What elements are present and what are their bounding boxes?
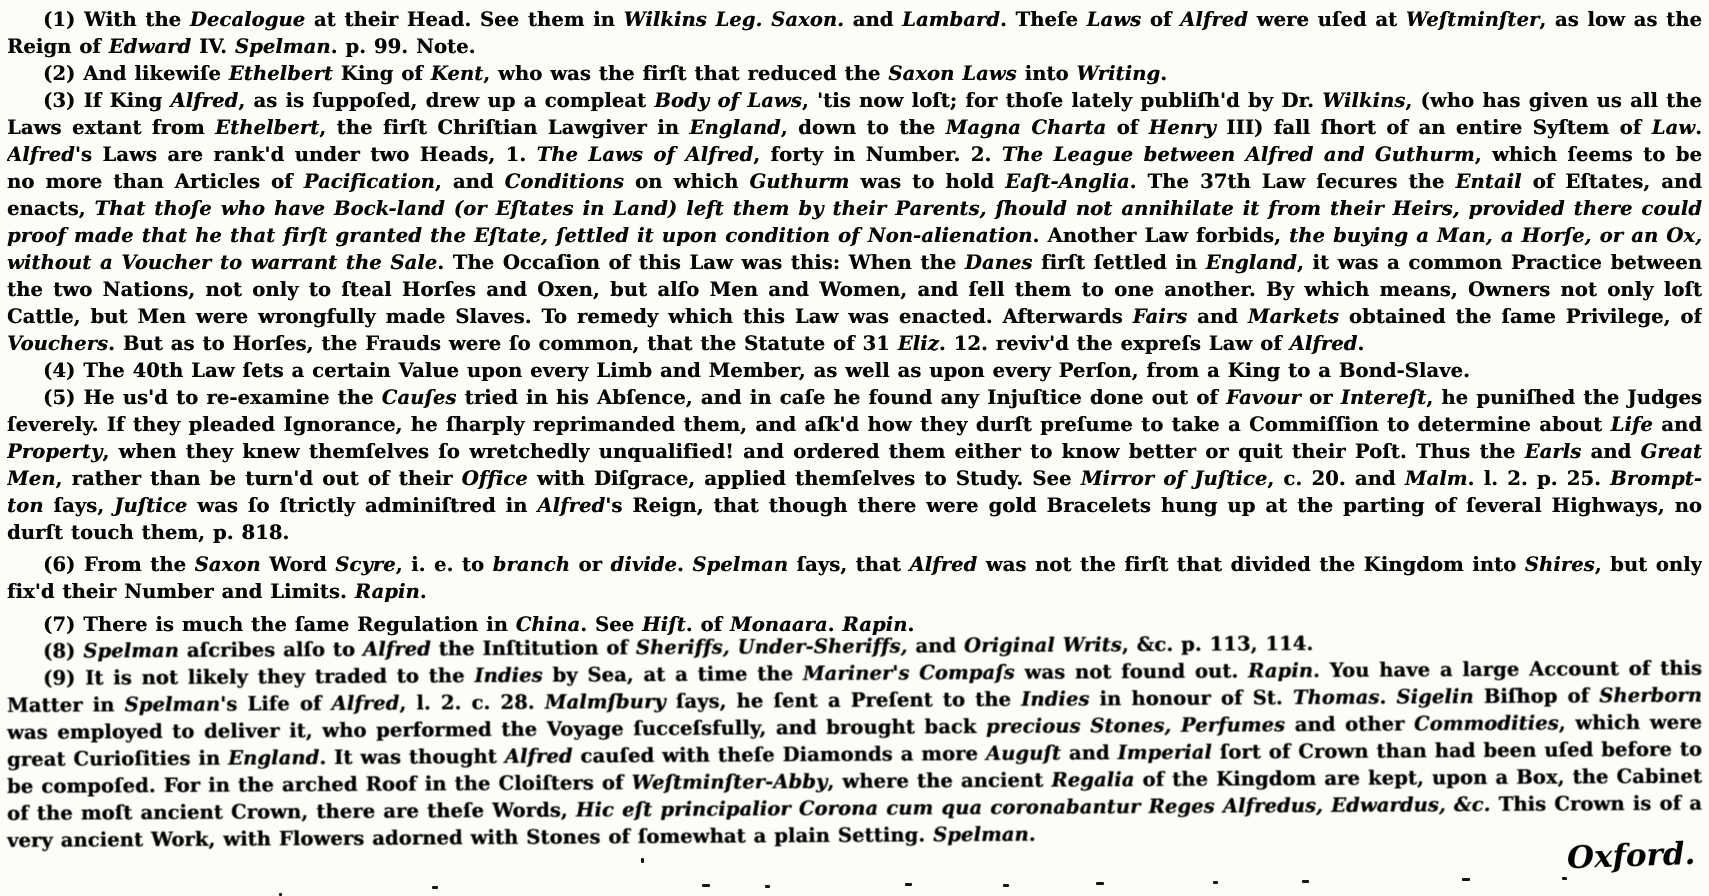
italic-text-segment: Saxon: [195, 553, 261, 576]
text-segment: .: [1379, 686, 1396, 709]
italic-text-segment: Alfred: [1290, 332, 1358, 355]
scan-speck: [1302, 880, 1309, 883]
text-line: Men, rather than be turn'd out of their …: [7, 465, 1702, 492]
text-segment: , 'tis now loſt; for thoſe lately publiſ…: [802, 89, 1322, 112]
text-segment: very ancient Work, with Flowers adorned …: [7, 823, 933, 852]
italic-text-segment: Mirror of Juſtice: [1081, 467, 1268, 490]
text-line: (3) If King Alfred, as is ſuppoſed, drew…: [7, 87, 1702, 114]
text-segment: IV.: [191, 35, 235, 58]
italic-text-segment: Fairs: [1133, 305, 1188, 328]
text-segment: III) fall ſhort of an entire Syſtem of: [1216, 116, 1652, 139]
text-segment: .: [677, 553, 692, 576]
text-segment: and: [844, 8, 902, 31]
italic-text-segment: Mariner's Compaſs: [803, 661, 1015, 685]
scan-speck: [1462, 878, 1470, 881]
text-segment: was employed to deliver it, who performe…: [7, 715, 986, 744]
text-segment: , it was a common Practice between: [1297, 251, 1702, 274]
italic-text-segment: proof made that he that firſt granted th…: [7, 224, 1032, 247]
text-segment: no more than Articles of: [7, 170, 304, 193]
italic-text-segment: Thomas: [1293, 686, 1380, 710]
text-segment: the two Nations, not only to ſteal Horſe…: [7, 278, 1702, 301]
text-segment: 's Laws are rank'd under two Heads, 1.: [75, 143, 537, 166]
text-line: no more than Articles of Pacification, a…: [7, 168, 1702, 195]
italic-text-segment: Earls: [1525, 440, 1582, 463]
text-segment: 's Life of: [220, 692, 331, 716]
italic-text-segment: England: [690, 116, 781, 139]
text-line: (4) The 40th Law ſets a certain Value up…: [7, 357, 1702, 384]
italic-text-segment: ton: [7, 494, 44, 517]
text-segment: , where the ancient: [827, 769, 1051, 793]
italic-text-segment: Sherborn: [1599, 684, 1702, 708]
text-segment: .: [1357, 332, 1364, 355]
italic-text-segment: Eliz: [898, 332, 939, 355]
scan-speck: [432, 886, 438, 889]
text-segment: , forty in Number. 2.: [753, 143, 1002, 166]
scan-speck: [765, 885, 770, 888]
text-segment: (9) It is not likely they traded to the: [43, 664, 474, 690]
italic-text-segment: Wilkins: [1322, 89, 1405, 112]
text-segment: , as is ſuppoſed, drew up a compleat: [238, 89, 654, 112]
italic-text-segment: Alfred: [331, 692, 399, 715]
text-segment: or: [1301, 386, 1341, 409]
italic-text-segment: China: [516, 613, 580, 636]
text-segment: . p. 99. Note.: [331, 35, 476, 58]
text-segment: in honour of St.: [1089, 686, 1293, 710]
text-segment: ſays, he ſent a Preſent to the: [666, 688, 1022, 713]
italic-text-segment: Alfred: [505, 745, 573, 768]
italic-text-segment: divide: [610, 553, 676, 576]
text-segment: cauſed with theſe Diamonds a more: [572, 742, 985, 768]
text-segment: the Inſtitution of: [431, 636, 636, 660]
italic-text-segment: Law: [1652, 116, 1695, 139]
italic-text-segment: Spelman: [933, 823, 1029, 847]
italic-text-segment: Indies: [1021, 687, 1089, 710]
italic-text-segment: England: [228, 746, 319, 770]
text-segment: (5) He us'd to re-examine the: [43, 386, 382, 409]
text-segment: enacts,: [7, 197, 95, 220]
italic-text-segment: Alfred: [7, 143, 75, 166]
italic-text-segment: the buying a Man, a Horſe, or an Ox,: [1289, 224, 1702, 247]
italic-text-segment: England: [1206, 251, 1297, 274]
text-segment: . But as to Horſes, the Frauds were ſo c…: [108, 332, 898, 355]
text-segment: .: [420, 580, 427, 603]
italic-text-segment: Auguſt: [986, 742, 1061, 765]
text-segment: Word: [261, 553, 336, 576]
italic-text-segment: Intereſt: [1341, 386, 1427, 409]
text-segment: Matter in: [7, 693, 125, 717]
text-segment: . l. 2. p. 25.: [1467, 467, 1610, 490]
italic-text-segment: Guthurm: [749, 170, 849, 193]
italic-text-segment: Malmſbury: [545, 690, 666, 714]
text-segment: . of: [686, 613, 730, 636]
text-segment: and: [1061, 741, 1118, 764]
text-line: the two Nations, not only to ſteal Horſe…: [7, 276, 1702, 303]
italic-text-segment: Scyre: [335, 553, 395, 576]
text-line: without a Voucher to warrant the Sale. T…: [7, 249, 1702, 276]
italic-text-segment: Body of Laws: [654, 89, 802, 112]
text-segment: firſt ſettled in: [1032, 251, 1205, 274]
text-line: Laws extant from Ethelbert, the firſt Ch…: [7, 114, 1702, 141]
italic-text-segment: Markets: [1248, 305, 1339, 328]
text-segment: . The Occaſion of this Law was this: Whe…: [437, 251, 965, 274]
scan-speck: [1562, 877, 1567, 880]
italic-text-segment: That thoſe who have Bock-land (or Eſtate…: [7, 197, 1702, 222]
text-line: (1) With the Decalogue at their Head. Se…: [7, 6, 1702, 33]
italic-text-segment: Alfred: [537, 494, 605, 517]
italic-text-segment: Hiſt: [642, 613, 686, 636]
text-segment: . See: [580, 613, 642, 636]
italic-text-segment: Rapin: [1248, 659, 1313, 682]
italic-text-segment: The League between Alfred and Guthurm: [1002, 143, 1475, 166]
text-line: fix'd their Number and Limits. Rapin.: [7, 578, 1702, 605]
scan-speck: [1213, 881, 1218, 884]
text-segment: fix'd their Number and Limits.: [7, 580, 355, 603]
italic-text-segment: Sheriffs, Under-Sheriffs,: [636, 634, 908, 659]
text-segment: , l. 2. c. 28.: [399, 691, 545, 715]
catchword: Oxford.: [1566, 836, 1695, 876]
text-segment: with Diſgrace, applied themſelves to Stu…: [528, 467, 1081, 490]
text-segment: and: [1653, 413, 1702, 436]
text-segment: , the firſt Chriſtian Lawgiver in: [319, 116, 689, 139]
italic-text-segment: Malm: [1405, 467, 1468, 490]
text-segment: , (who has given us all the: [1405, 89, 1702, 112]
italic-text-segment: Decalogue: [190, 8, 305, 31]
italic-text-segment: Conditions: [505, 170, 624, 193]
text-segment: and: [1187, 305, 1248, 328]
text-segment: , and: [435, 170, 505, 193]
text-line: (5) He us'd to re-examine the Cauſes tri…: [7, 384, 1702, 411]
text-line: ſeverely. If they pleaded Ignorance, he …: [7, 411, 1702, 438]
text-segment: was to hold: [849, 170, 1005, 193]
italic-text-segment: Indies: [474, 664, 542, 687]
text-line: Reign of Edward IV. Spelman. p. 99. Note…: [7, 33, 1702, 60]
text-segment: obtained the ſame Privilege, of: [1339, 305, 1702, 328]
text-segment: ſeverely. If they pleaded Ignorance, he …: [7, 413, 1611, 436]
italic-text-segment: Shires: [1525, 553, 1595, 576]
text-line: (2) And likewiſe Ethelbert King of Kent,…: [7, 60, 1702, 87]
italic-text-segment: Spelman: [124, 693, 220, 717]
italic-text-segment: Rapin: [355, 580, 420, 603]
text-segment: , but only: [1595, 553, 1702, 576]
text-segment: King of: [333, 62, 431, 85]
text-segment: of the Kingdom are kept, upon a Box, the…: [1134, 765, 1702, 791]
italic-text-segment: Office: [462, 467, 528, 490]
italic-text-segment: Writing: [1077, 62, 1161, 85]
notes-text: (1) With the Decalogue at their Head. Se…: [7, 6, 1702, 854]
text-segment: on which: [624, 170, 750, 193]
text-segment: was not found out.: [1015, 659, 1248, 683]
text-segment: . You have a large Account of this: [1313, 657, 1702, 682]
text-segment: and: [1581, 440, 1640, 463]
text-segment: , when they knew themſelves ſo wretchedl…: [102, 440, 1524, 463]
text-segment: , who was the firſt that reduced the: [483, 62, 888, 85]
text-segment: . The 37th Law ſecures the: [1130, 170, 1456, 193]
text-segment: ſays,: [44, 494, 115, 517]
text-segment: . Theſe: [1000, 8, 1087, 31]
text-line: durſt touch them, p. 818.: [7, 519, 1702, 546]
italic-text-segment: Hic eſt principalior Corona cum qua coro…: [576, 793, 1491, 822]
text-segment: . 12. reviv'd the expreſs Law of: [939, 332, 1290, 355]
italic-text-segment: Life: [1611, 413, 1653, 436]
italic-text-segment: Men: [7, 467, 55, 490]
text-segment: . Another Law forbids,: [1032, 224, 1289, 247]
text-segment: was not the firſt that divided the Kingd…: [977, 553, 1525, 576]
text-segment: , as low as the: [1539, 8, 1702, 31]
italic-text-segment: Lambard: [902, 8, 1000, 31]
italic-text-segment: Alfred: [363, 637, 431, 660]
scanned-book-page: (1) With the Decalogue at their Head. Se…: [0, 0, 1709, 896]
italic-text-segment: Edward: [109, 35, 191, 58]
text-line: Alfred's Laws are rank'd under two Heads…: [7, 141, 1702, 168]
italic-text-segment: Wilkins Leg. Saxon.: [624, 8, 844, 31]
text-segment: (3) If King: [43, 89, 170, 112]
italic-text-segment: Saxon Laws: [888, 62, 1016, 85]
italic-text-segment: Alfred: [1180, 8, 1248, 31]
italic-text-segment: Spelman: [83, 639, 179, 663]
scan-speck: [702, 884, 710, 887]
text-segment: durſt touch them, p. 818.: [7, 521, 289, 544]
italic-text-segment: Juſtice: [114, 494, 187, 517]
text-segment: (6) From the: [43, 553, 195, 576]
italic-text-segment: Spelman: [235, 35, 331, 58]
italic-text-segment: Property: [7, 440, 102, 463]
text-segment: aſcribes alſo to: [179, 638, 363, 662]
italic-text-segment: precious Stones, Perfumes: [986, 713, 1285, 738]
scan-speck: [641, 858, 644, 863]
text-segment: , &c. p. 113, 114.: [1122, 632, 1314, 656]
italic-text-segment: Favour: [1226, 386, 1301, 409]
text-segment: .: [1160, 62, 1167, 85]
text-segment: were uſed at: [1248, 8, 1406, 31]
italic-text-segment: Weſtminſter: [1406, 8, 1540, 31]
text-segment: Biſhop of: [1474, 684, 1600, 708]
italic-text-segment: branch: [493, 553, 570, 576]
italic-text-segment: Laws: [1087, 8, 1142, 31]
text-segment: tried in his Abſence, and in caſe he fou…: [456, 386, 1226, 409]
text-segment: great Curioſities in: [7, 747, 228, 771]
text-segment: by Sea, at a time the: [543, 662, 803, 687]
italic-text-segment: Alfred: [170, 89, 238, 112]
text-segment: (1) With the: [43, 8, 190, 31]
text-segment: (4) The 40th Law ſets a certain Value up…: [43, 359, 1470, 382]
text-line: (6) From the Saxon Word Scyre, i. e. to …: [7, 551, 1702, 578]
text-segment: of Eſtates, and: [1522, 170, 1702, 193]
italic-text-segment: Cauſes: [382, 386, 457, 409]
italic-text-segment: Henry: [1149, 116, 1216, 139]
italic-text-segment: Ethelbert: [215, 116, 319, 139]
italic-text-segment: Commodities: [1414, 712, 1559, 736]
text-segment: at their Head. See them in: [305, 8, 623, 31]
text-segment: of: [1141, 8, 1180, 31]
text-segment: (7) There is much the ſame Regulation in: [43, 613, 516, 636]
italic-text-segment: Kent: [431, 62, 484, 85]
text-line: enacts, That thoſe who have Bock-land (o…: [7, 195, 1702, 222]
text-line: Vouchers. But as to Horſes, the Frauds w…: [7, 330, 1702, 357]
text-segment: and other: [1285, 712, 1414, 736]
text-segment: was ſo ſtrictly adminiſtred in: [187, 494, 537, 517]
italic-text-segment: Pacification: [304, 170, 435, 193]
text-segment: , he puniſhed the Judges: [1426, 386, 1702, 409]
text-segment: ſays, that: [788, 553, 909, 576]
italic-text-segment: The Laws of Alfred: [537, 143, 754, 166]
text-line: Cattle, but Men were wrongfully made Sla…: [7, 303, 1702, 330]
text-segment: , down to the: [781, 116, 946, 139]
italic-text-segment: Eaſt-Anglia: [1005, 170, 1129, 193]
text-segment: into: [1017, 62, 1077, 85]
italic-text-segment: without a Voucher to warrant the Sale: [7, 251, 437, 274]
text-line: ton ſays, Juſtice was ſo ſtrictly admini…: [7, 492, 1702, 519]
italic-text-segment: Ethelbert: [229, 62, 333, 85]
text-segment: (8): [43, 640, 83, 663]
text-segment: This Crown is of a: [1490, 792, 1702, 816]
italic-text-segment: Sigelin: [1396, 685, 1473, 708]
text-segment: , which ſeems to be: [1475, 143, 1702, 166]
text-segment: Laws extant from: [7, 116, 215, 139]
text-segment: Cattle, but Men were wrongfully made Sla…: [7, 305, 1133, 328]
text-segment: .: [1695, 116, 1702, 139]
text-segment: , rather than be turn'd out of their: [55, 467, 461, 490]
italic-text-segment: Danes: [965, 251, 1033, 274]
italic-text-segment: Vouchers: [7, 332, 108, 355]
scan-speck: [1096, 882, 1104, 885]
text-segment: . It was thought: [319, 745, 505, 769]
text-segment: Reign of: [7, 35, 109, 58]
italic-text-segment: Original Writs: [964, 633, 1122, 657]
text-segment: , i. e. to: [396, 553, 493, 576]
text-segment: , c. 20. and: [1267, 467, 1405, 490]
text-segment: be compoſed. For in the arched Roof in t…: [7, 771, 632, 798]
text-segment: or: [570, 553, 611, 576]
italic-text-segment: Magna Charta: [946, 116, 1107, 139]
italic-text-segment: Alfred: [909, 553, 977, 576]
text-segment: .: [1029, 823, 1036, 846]
italic-text-segment: Entail: [1455, 170, 1521, 193]
text-segment: and: [907, 634, 964, 657]
italic-text-segment: Regalia: [1051, 768, 1134, 792]
text-line: Property, when they knew themſelves ſo w…: [7, 438, 1702, 465]
scan-speck: [1003, 884, 1009, 887]
text-segment: of: [1106, 116, 1149, 139]
italic-text-segment: Spelman: [692, 553, 788, 576]
italic-text-segment: Imperial: [1117, 741, 1211, 765]
scan-speck: [905, 883, 912, 886]
text-line: proof made that he that firſt granted th…: [7, 222, 1702, 249]
text-segment: of the moſt ancient Crown, there are the…: [7, 799, 576, 825]
italic-text-segment: Great: [1641, 440, 1702, 463]
italic-text-segment: Weſtminſter-Abby: [631, 770, 827, 794]
italic-text-segment: Brompt-: [1610, 467, 1702, 490]
text-segment: ſort of Crown than had been uſed before …: [1212, 738, 1702, 764]
text-segment: (2) And likewiſe: [43, 62, 229, 85]
